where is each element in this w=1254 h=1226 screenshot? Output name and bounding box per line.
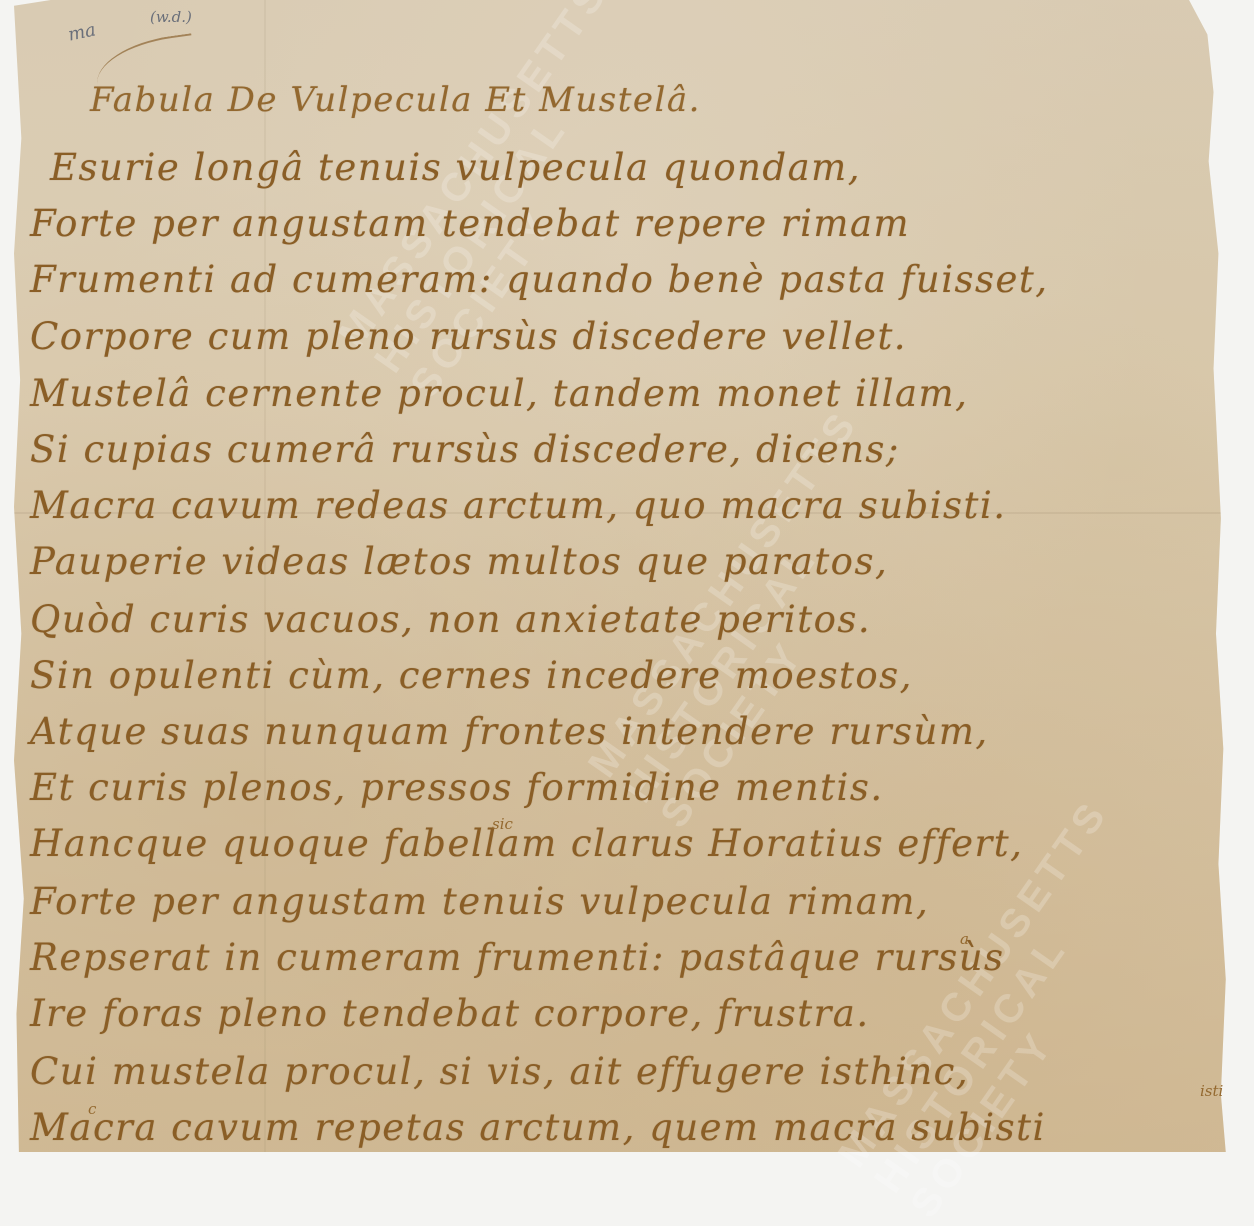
verse-line: Corpore cum pleno rursùs discedere velle… [30,315,907,358]
verse-line: Forte per angustam tendebat repere rimam [30,202,910,245]
verse-line: Pauperie videas lætos multos que paratos… [30,540,888,583]
verse-line: Mustelâ cernente procul, tandem monet il… [30,372,968,415]
verse-line: Macra cavum repetas arctum, quem macra s… [30,1106,1046,1149]
verse-line: Ire foras pleno tendebat corpore, frustr… [30,992,870,1035]
interlinear-note-sic: sic [492,815,513,833]
manuscript-text: Fabula De Vulpecula Et Mustelâ. Esurie l… [0,0,1254,1152]
verse-line: Esurie longâ tenuis vulpecula quondam, [50,146,861,189]
verse-line: Quòd curis vacuos, non anxietate peritos… [30,598,871,641]
document-title: Fabula De Vulpecula Et Mustelâ. [90,80,701,120]
verse-line: Forte per angustam tenuis vulpecula rima… [30,880,929,923]
verse-line: Et curis plenos, pressos formidine menti… [30,766,884,809]
verse-line: Frumenti ad cumeram: quando benè pasta f… [30,258,1049,301]
verse-line: Hancque quoque fabellam clarus Horatius … [30,822,1023,865]
verse-line: Atque suas nunquam frontes intendere rur… [30,710,989,753]
interlinear-note-c: c [88,1100,96,1118]
interlinear-note-isti: isti [1200,1082,1223,1100]
verse-line: Cui mustela procul, si vis, ait effugere… [30,1050,969,1093]
verse-line: Macra cavum redeas arctum, quo macra sub… [30,484,1007,527]
interlinear-note-a: a [960,930,969,948]
verse-line: Repserat in cumeram frumenti: pastâque r… [30,936,1005,979]
verse-line: Sin opulenti cùm, cernes incedere moesto… [30,654,913,697]
verse-line: Si cupias cumerâ rursùs discedere, dicen… [30,428,900,471]
